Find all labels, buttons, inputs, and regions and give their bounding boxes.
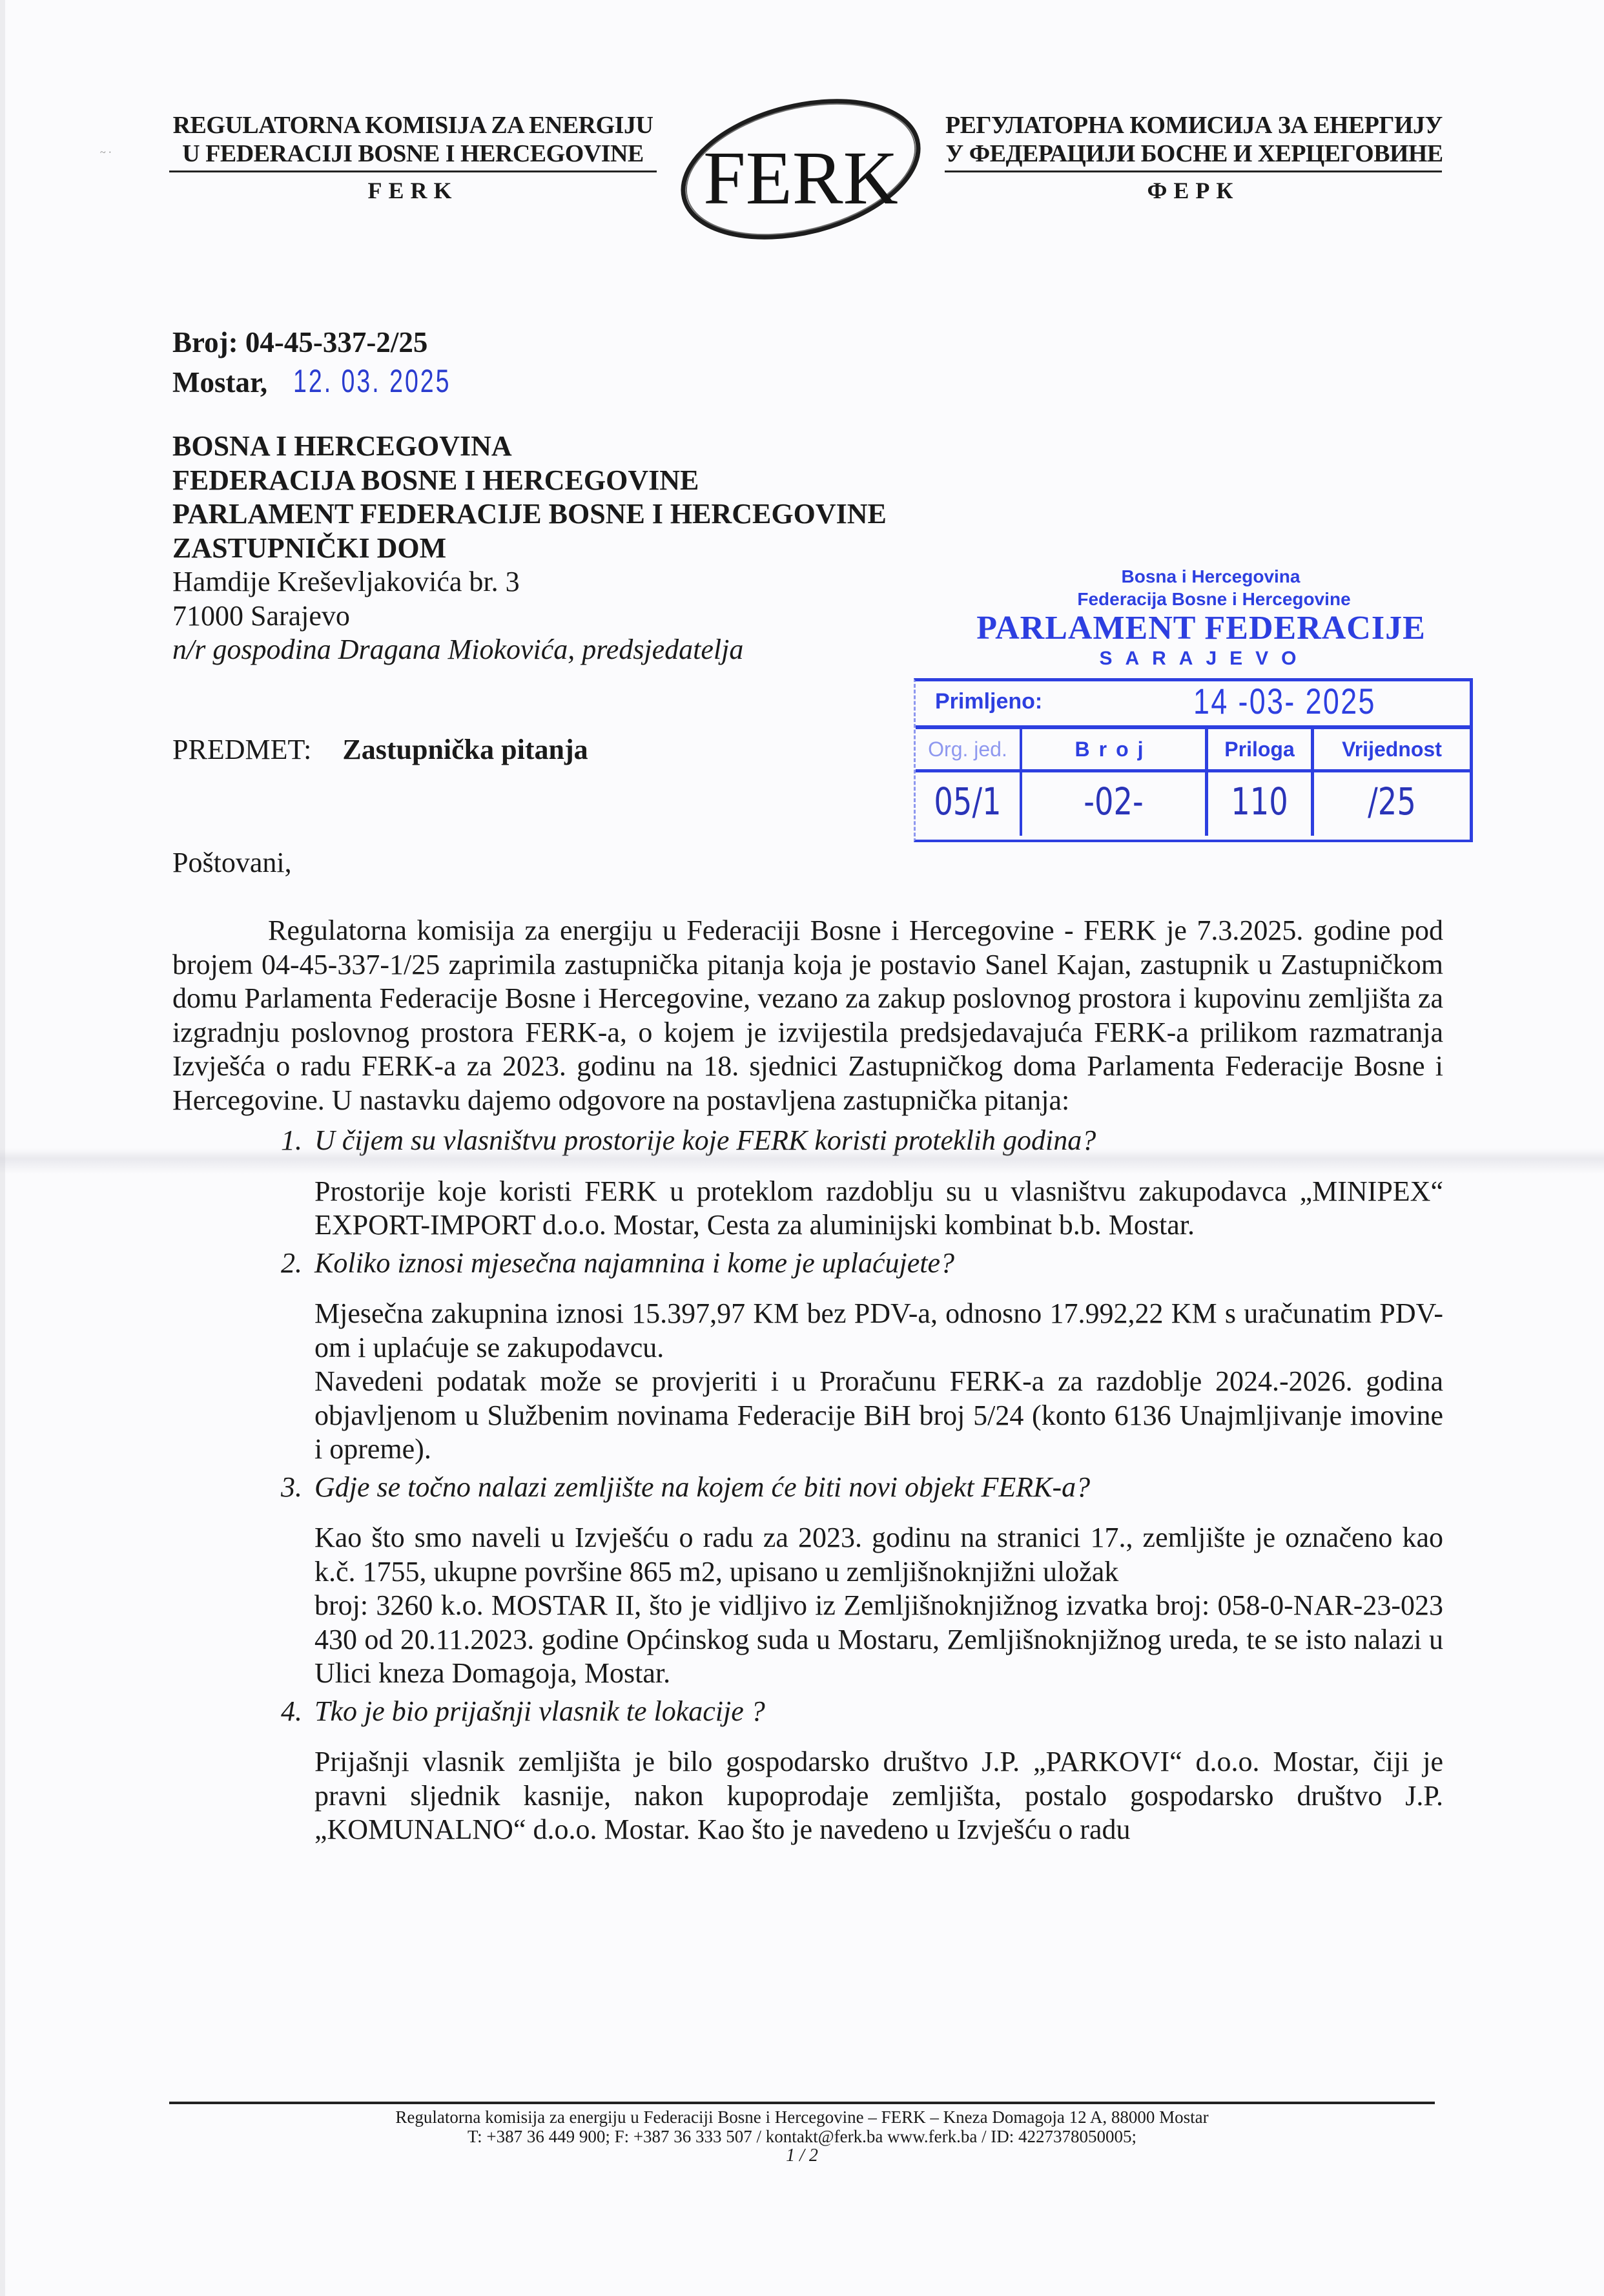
page-footer: Regulatorna komisija za energiju u Feder… <box>169 2107 1435 2166</box>
letterhead-latin: REGULATORNA KOMISIJA ZA ENERGIJU U FEDER… <box>169 111 657 205</box>
recipient-line: PARLAMENT FEDERACIJE BOSNE I HERCEGOVINE <box>172 497 887 532</box>
question-number: 4. <box>281 1695 302 1729</box>
greeting: Poštovani, <box>172 846 292 879</box>
letterhead-cyrillic: РЕГУЛАТОРНА КОМИСИЈА ЗА ЕНЕРГИЈУ У ФЕДЕР… <box>945 111 1442 205</box>
stamp-table: Primljeno: 14 -03- 2025 Org. jed. 05/1 B… <box>914 678 1473 842</box>
subject-text: Zastupnička pitanja <box>342 734 588 765</box>
subject-label: PREDMET: <box>172 734 311 765</box>
stamp-line: Federacija Bosne i Hercegovine <box>956 588 1472 610</box>
recipient-attention: n/r gospodina Dragana Miokovića, predsje… <box>172 633 887 667</box>
letterhead-latin-line2: U FEDERACIJI BOSNE I HERCEGOVINE <box>169 140 657 168</box>
date-stamp: 12. 03. 2025 <box>293 362 451 400</box>
letterhead-rule <box>945 171 1442 172</box>
question-number: 1. <box>281 1124 302 1158</box>
stamp-received-label: Primljeno: <box>935 689 1042 714</box>
letter-body: Regulatorna komisija za energiju u Feder… <box>172 914 1443 1847</box>
stamp-received-row: Primljeno: 14 -03- 2025 <box>916 681 1470 729</box>
stamp-col-value: 05/1 <box>926 772 1009 831</box>
stamp-col-value: -02- <box>1040 772 1186 831</box>
scan-edge <box>0 0 5 2296</box>
ferk-logo-icon: FERK <box>672 90 930 245</box>
letterhead-cyrillic-line1: РЕГУЛАТОРНА КОМИСИЈА ЗА ЕНЕРГИЈУ <box>945 111 1441 140</box>
stamp-line: Bosna i Hercegovina <box>949 565 1472 588</box>
stamp-col-header: Priloga <box>1208 729 1311 772</box>
letterhead-latin-abbr: FERK <box>169 176 657 205</box>
question-text: Gdje se točno nalazi zemljište na kojem … <box>314 1471 1090 1503</box>
stamp-line: PARLAMENT FEDERACIJE <box>930 610 1472 646</box>
page-number: 1 / 2 <box>169 2146 1435 2166</box>
answer-paragraph: Navedeni podatak može se provjeriti i u … <box>314 1365 1443 1467</box>
ferk-logo: FERK <box>672 90 930 245</box>
logo-text: FERK <box>703 136 898 220</box>
answer-paragraph: Kao što smo naveli u Izvješću o radu za … <box>314 1521 1443 1589</box>
question-text: U čijem su vlasništvu prostorije koje FE… <box>314 1124 1096 1156</box>
recipient-line: FEDERACIJA BOSNE I HERCEGOVINE <box>172 464 887 498</box>
reference-place: Mostar, <box>172 366 267 398</box>
footer-rule <box>169 2102 1435 2104</box>
letterhead-cyrillic-line2: У ФЕДЕРАЦИЈИ БОСНЕ И ХЕРЦЕГОВИНЕ <box>945 140 1441 168</box>
recipient-block: BOSNA I HERCEGOVINA FEDERACIJA BOSNE I H… <box>172 429 887 667</box>
questions-list: 1.U čijem su vlasništvu prostorije koje … <box>172 1124 1443 1847</box>
footer-address: Regulatorna komisija za energiju u Feder… <box>169 2107 1435 2127</box>
question-number: 3. <box>281 1471 302 1505</box>
stamp-col-value: /25 <box>1330 772 1454 831</box>
intro-paragraph: Regulatorna komisija za energiju u Feder… <box>172 914 1443 1117</box>
subject-line: PREDMET:Zastupnička pitanja <box>172 733 588 766</box>
stamp-city: SARAJEVO <box>936 646 1472 671</box>
stamp-columns: Org. jed. 05/1 Broj -02- Priloga 110 Vri… <box>916 729 1470 836</box>
answer-paragraph: broj: 3260 k.o. MOSTAR II, što je vidlji… <box>314 1589 1443 1691</box>
answer-paragraph: Prijašnji vlasnik zemljišta je bilo gosp… <box>314 1745 1443 1847</box>
stamp-header: Bosna i Hercegovina Federacija Bosne i H… <box>910 565 1472 671</box>
reference-place-date: Mostar,12. 03. 2025 <box>172 362 504 402</box>
stamp-col-value: 110 <box>1218 772 1301 831</box>
received-stamp: Bosna i Hercegovina Federacija Bosne i H… <box>910 565 1472 849</box>
question-item: 2.Koliko iznosi mjesečna najamnina i kom… <box>172 1246 1443 1467</box>
recipient-address: Hamdije Kreševljakovića br. 3 <box>172 565 887 599</box>
question: 3.Gdje se točno nalazi zemljište na koje… <box>314 1471 1443 1505</box>
scan-artifact: ~ · <box>100 147 112 159</box>
question-text: Tko je bio prijašnji vlasnik te lokacije… <box>314 1695 765 1727</box>
question: 4.Tko je bio prijašnji vlasnik te lokaci… <box>314 1695 1443 1729</box>
stamp-col-header: Vrijednost <box>1314 729 1470 772</box>
letterhead-rule <box>169 171 657 172</box>
stamp-col-broj: Broj -02- <box>1022 729 1208 836</box>
stamp-received-date: 14 -03- 2025 <box>1193 680 1376 722</box>
question-number: 2. <box>281 1246 302 1281</box>
recipient-line: ZASTUPNIČKI DOM <box>172 532 887 566</box>
question-item: 3.Gdje se točno nalazi zemljište na koje… <box>172 1471 1443 1691</box>
question-item: 4.Tko je bio prijašnji vlasnik te lokaci… <box>172 1695 1443 1847</box>
recipient-city: 71000 Sarajevo <box>172 599 887 634</box>
recipient-line: BOSNA I HERCEGOVINA <box>172 429 887 464</box>
question-text: Koliko iznosi mjesečna najamnina i kome … <box>314 1247 954 1279</box>
stamp-col-header: Broj <box>1022 729 1205 772</box>
stamp-col-vrijednost: Vrijednost /25 <box>1314 729 1470 836</box>
letterhead-cyrillic-abbr: ФЕРК <box>945 176 1442 205</box>
footer-contact: T: +387 36 449 900; F: +387 36 333 507 /… <box>169 2127 1435 2146</box>
question-item: 1.U čijem su vlasništvu prostorije koje … <box>172 1124 1443 1243</box>
reference-block: Broj: 04-45-337-2/25 Mostar,12. 03. 2025 <box>172 323 504 402</box>
stamp-col-header: Org. jed. <box>916 729 1020 772</box>
question: 1.U čijem su vlasništvu prostorije koje … <box>314 1124 1443 1158</box>
answer-paragraph: Prostorije koje koristi FERK u proteklom… <box>314 1175 1443 1243</box>
question: 2.Koliko iznosi mjesečna najamnina i kom… <box>314 1246 1443 1281</box>
letterhead-latin-line1: REGULATORNA KOMISIJA ZA ENERGIJU <box>169 111 657 140</box>
stamp-col-priloga: Priloga 110 <box>1208 729 1314 836</box>
stamp-col-org: Org. jed. 05/1 <box>916 729 1022 836</box>
reference-number: Broj: 04-45-337-2/25 <box>172 323 504 362</box>
answer-paragraph: Mjesečna zakupnina iznosi 15.397,97 KM b… <box>314 1297 1443 1365</box>
